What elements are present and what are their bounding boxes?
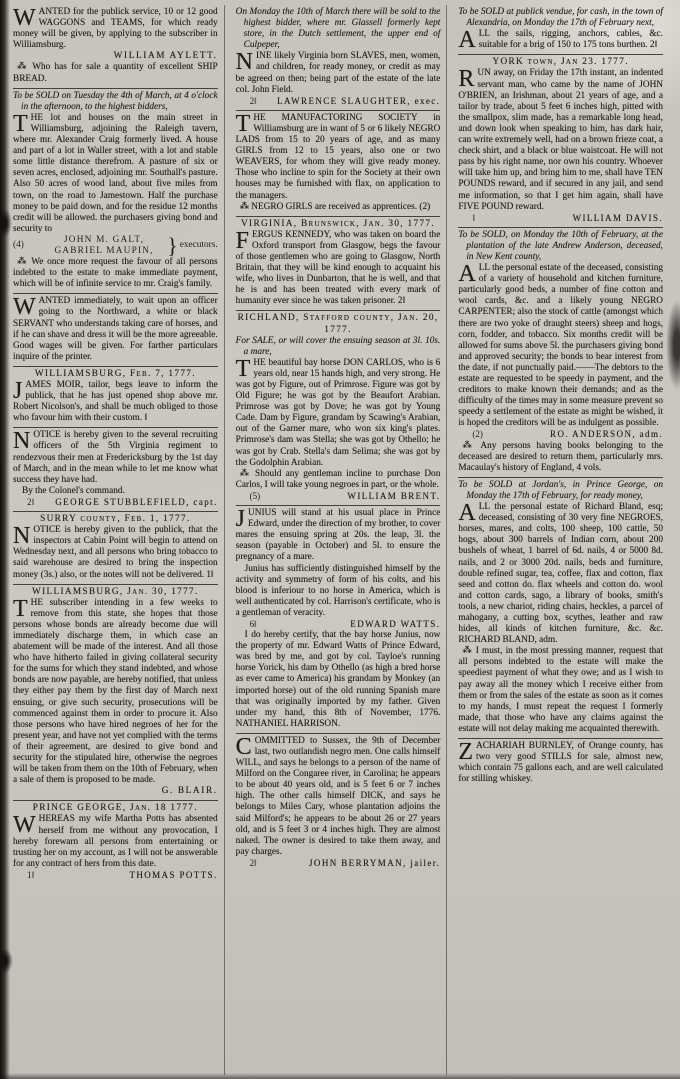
ad-signature-row: 6‖EDWARD WATTS. xyxy=(236,619,441,630)
drop-cap: W xyxy=(13,296,39,317)
drop-cap: A xyxy=(458,29,478,50)
ad-intro: To be SOLD, on Monday the 10th of Februa… xyxy=(458,230,663,263)
ad-note: ⁂ We once more request the favour of all… xyxy=(13,257,218,290)
ad-body-text: HEREAS my wife Martha Potts has absented… xyxy=(13,814,218,868)
ad-body: THE subscriber intending in a few weeks … xyxy=(13,598,218,787)
ad-intro: For SALE, or will cover the ensuing seas… xyxy=(236,336,441,358)
ad-section: RICHLAND, Stafford county, Jan. 20, 1777… xyxy=(236,311,441,506)
executor-name: JOHN M. GALT, xyxy=(43,235,165,246)
scan-bottom-shadow xyxy=(0,1073,680,1079)
ad-signature: G. BLAIR. xyxy=(13,786,218,797)
executor-name: GABRIEL MAUPIN, xyxy=(43,246,165,257)
printer-mark: 2‖ xyxy=(236,858,257,869)
ad-signature: RO. ANDERSON, adm. xyxy=(550,429,663,440)
ad-body: WANTED for the publick service, 10 or 12… xyxy=(13,7,218,51)
printer-mark: 2‖ xyxy=(236,96,257,107)
ad-section: PRINCE GEORGE, Jan. 18 1777.WHEREAS my w… xyxy=(13,801,218,884)
drop-cap: J xyxy=(13,380,25,401)
ad-body-text: ACHARIAH BURNLEY, of Orange county, has … xyxy=(458,741,663,784)
ink-blot xyxy=(0,208,12,238)
ad-body-text: ANTED immediately, to wait upon an offic… xyxy=(13,296,218,361)
ad-body: NOTICE is hereby given to the publick, t… xyxy=(13,525,218,580)
column-right: To be SOLD at publick vendue, for cash, … xyxy=(446,5,669,1075)
ad-dateline: YORK town, Jan 23. 1777. xyxy=(458,57,663,68)
printer-mark: 2‖ xyxy=(13,497,34,508)
ad-body: THE MANUFACTORING SOCIETY in Williamsbur… xyxy=(236,113,441,202)
ad-section: ZACHARIAH BURNLEY, of Orange county, has… xyxy=(458,739,663,788)
ad-body-text: ERGUS KENNEDY, who was taken on board th… xyxy=(236,230,441,307)
ad-signature-row: (2)RO. ANDERSON, adm. xyxy=(458,429,663,440)
ad-body-text: OTICE is hereby given to the several rec… xyxy=(13,430,218,484)
ad-intro: To be SOLD on Tuesday the 4th of March, … xyxy=(13,91,218,113)
ad-body-text: UNIUS will stand at his usual place in P… xyxy=(236,508,441,562)
drop-cap: R xyxy=(458,68,477,89)
ad-intro: To be SOLD at Jordan's, in Prince George… xyxy=(458,480,663,502)
printer-mark: (5) xyxy=(236,491,261,502)
column-left: WANTED for the publick service, 10 or 12… xyxy=(13,5,224,1075)
ad-section: SURRY county, Feb. 1, 1777.NOTICE is her… xyxy=(13,512,218,585)
ad-body: RUN away, on Friday the 17th instant, an… xyxy=(458,68,663,212)
ad-paragraph: I do hereby certify, that the bay horse … xyxy=(236,630,441,730)
ad-body: ALL the personal estate of Richard Bland… xyxy=(458,502,663,646)
drop-cap: A xyxy=(458,263,478,284)
ad-body-text: ANTED for the publick service, 10 or 12 … xyxy=(13,7,218,50)
ad-signature: WILLIAM BRENT. xyxy=(347,491,440,502)
ad-section: WILLIAMSBURG, Feb. 7, 1777.JAMES MOIR, t… xyxy=(13,367,218,428)
ad-signature-row: ‖WILLIAM DAVIS. xyxy=(458,213,663,224)
printer-mark: ‖ xyxy=(458,213,475,224)
ad-body-text: HE beautiful bay horse DON CARLOS, who i… xyxy=(236,358,441,468)
printer-mark: 6‖ xyxy=(236,619,257,630)
ad-section: VIRGINIA, Brunswick, Jan. 30, 1777.FERGU… xyxy=(236,217,441,312)
ad-dateline: RICHLAND, Stafford county, Jan. 20, 1777… xyxy=(236,313,441,335)
ad-body-text: HE subscriber intending in a few weeks t… xyxy=(13,598,218,786)
ad-signature: WILLIAM DAVIS. xyxy=(573,213,663,224)
ad-section: JUNIUS will stand at his usual place in … xyxy=(236,506,441,734)
ad-signature-row: 2‖JOHN BERRYMAN, jailer. xyxy=(236,858,441,869)
drop-cap: N xyxy=(236,51,256,72)
ad-body: NOTICE is hereby given to the several re… xyxy=(13,430,218,485)
ad-body: WHEREAS my wife Martha Potts has absente… xyxy=(13,814,218,869)
ad-body: WANTED immediately, to wait upon an offi… xyxy=(13,296,218,363)
ad-body-text: INE likely Virginia born SLAVES, men, wo… xyxy=(236,51,441,94)
ad-dateline: SURRY county, Feb. 1, 1777. xyxy=(13,514,218,525)
ad-section: COMMITTED to Sussex, the 9th of December… xyxy=(236,734,441,872)
drop-cap: W xyxy=(13,7,39,28)
ad-dateline: WILLIAMSBURG, Feb. 7, 1777. xyxy=(13,369,218,380)
ad-section: WANTED for the publick service, 10 or 12… xyxy=(13,5,218,89)
ad-body: ALL the personal estate of the deceased,… xyxy=(458,263,663,429)
ad-body-text: LL the sails, rigging, anchors, cables, … xyxy=(479,29,663,50)
drop-cap: T xyxy=(236,113,254,134)
ad-note: ⁂ Who has for sale a quantity of excelle… xyxy=(13,62,218,84)
ad-section: To be SOLD, on Monday the 10th of Februa… xyxy=(458,228,663,478)
ad-signature: WILLIAM AYLETT. xyxy=(13,51,218,62)
drop-cap: W xyxy=(13,814,39,835)
ad-body: ALL the sails, rigging, anchors, cables,… xyxy=(458,29,663,51)
executors-label: executors. xyxy=(180,240,218,251)
ad-body-text: OTICE is hereby given to the publick, th… xyxy=(13,525,218,579)
ad-body-text: HE lot and houses on the main street in … xyxy=(13,113,218,234)
ad-signature: LAWRENCE SLAUGHTER, exec. xyxy=(277,96,440,107)
printer-mark: (2) xyxy=(458,429,483,440)
drop-cap: F xyxy=(236,230,252,251)
ad-signature-row: 1‖THOMAS POTTS. xyxy=(13,870,218,881)
ad-dateline: PRINCE GEORGE, Jan. 18 1777. xyxy=(13,803,218,814)
printer-mark: (4) xyxy=(13,240,43,251)
scan-edge-shadow xyxy=(0,0,10,1079)
ad-signature: GEORGE STUBBLEFIELD, capt. xyxy=(55,497,217,508)
ad-body-text: HE MANUFACTORING SOCIETY in Williamsburg… xyxy=(236,113,441,201)
ad-paragraph: Junius has sufficiently distinguished hi… xyxy=(236,564,441,619)
printer-mark: 1‖ xyxy=(13,870,34,881)
column-middle: On Monday the 10th of March there will b… xyxy=(224,5,447,1075)
drop-cap: T xyxy=(13,598,31,619)
ad-section: THE MANUFACTORING SOCIETY in Williamsbur… xyxy=(236,111,441,217)
ink-blot xyxy=(0,948,13,974)
ad-signature: THOMAS POTTS. xyxy=(129,870,217,881)
ad-note: ⁂ Should any gentleman incline to purcha… xyxy=(236,469,441,491)
ad-signature: JOHN BERRYMAN, jailer. xyxy=(309,858,440,869)
drop-cap: Z xyxy=(458,741,476,762)
ad-section: On Monday the 10th of March there will b… xyxy=(236,5,441,111)
drop-cap: C xyxy=(236,736,255,757)
drop-cap: T xyxy=(236,358,254,379)
ad-section: To be SOLD on Tuesday the 4th of March, … xyxy=(13,89,218,295)
columns-container: WANTED for the publick service, 10 or 12… xyxy=(13,5,669,1075)
ad-body: FERGUS KENNEDY, who was taken on board t… xyxy=(236,230,441,308)
ad-section: To be SOLD at Jordan's, in Prince George… xyxy=(458,478,663,739)
drop-cap: J xyxy=(236,508,248,529)
executors-block: (4)JOHN M. GALT,GABRIEL MAUPIN,}executor… xyxy=(13,235,218,257)
ad-note: ⁂ I must, in the most pressing manner, r… xyxy=(458,646,663,735)
ad-signature: EDWARD WATTS. xyxy=(350,619,440,630)
ad-signature-row: (5)WILLIAM BRENT. xyxy=(236,491,441,502)
ad-body: JUNIUS will stand at his usual place in … xyxy=(236,508,441,563)
ad-body-text: LL the personal estate of Richard Bland,… xyxy=(458,502,663,645)
ad-body-text: UN away, on Friday the 17th instant, an … xyxy=(458,68,663,211)
ad-dateline: WILLIAMSBURG, Jan. 30, 1777. xyxy=(13,587,218,598)
drop-cap: A xyxy=(458,502,478,523)
ad-body: JAMES MOIR, tailor, begs leave to inform… xyxy=(13,380,218,424)
drop-cap: T xyxy=(13,113,31,134)
ad-intro: To be SOLD at publick vendue, for cash, … xyxy=(458,7,663,29)
ad-body: COMMITTED to Sussex, the 9th of December… xyxy=(236,736,441,858)
drop-cap: N xyxy=(13,430,33,451)
ad-paragraph: By the Colonel's command. xyxy=(13,486,218,497)
ad-body: THE lot and houses on the main street in… xyxy=(13,113,218,235)
ad-body-text: AMES MOIR, tailor, begs leave to inform … xyxy=(13,380,218,423)
ad-signature-row: 2‖GEORGE STUBBLEFIELD, capt. xyxy=(13,497,218,508)
ad-body: NINE likely Virginia born SLAVES, men, w… xyxy=(236,51,441,95)
executor-names: JOHN M. GALT,GABRIEL MAUPIN, xyxy=(43,235,165,257)
ad-intro: On Monday the 10th of March there will b… xyxy=(236,7,441,51)
ad-note: ⁂ Any persons having books belonging to … xyxy=(458,441,663,474)
ad-section: WILLIAMSBURG, Jan. 30, 1777.THE subscrib… xyxy=(13,585,218,802)
drop-cap: N xyxy=(13,525,33,546)
ad-body: ZACHARIAH BURNLEY, of Orange county, has… xyxy=(458,741,663,785)
ad-body: THE beautiful bay horse DON CARLOS, who … xyxy=(236,358,441,469)
ad-section: To be SOLD at publick vendue, for cash, … xyxy=(458,5,663,55)
ad-section: WANTED immediately, to wait upon an offi… xyxy=(13,294,218,367)
ad-section: NOTICE is hereby given to the several re… xyxy=(13,428,218,512)
ad-body-text: LL the personal estate of the deceased, … xyxy=(458,263,663,428)
ad-note: ⁂ NEGRO GIRLS are received as apprentice… xyxy=(236,202,441,213)
ad-body-text: OMMITTED to Sussex, the 9th of December … xyxy=(236,736,441,857)
brace-glyph: } xyxy=(165,240,180,251)
ad-signature-row: 2‖LAWRENCE SLAUGHTER, exec. xyxy=(236,96,441,107)
ad-section: YORK town, Jan 23. 1777.RUN away, on Fri… xyxy=(458,55,663,227)
ad-dateline: VIRGINIA, Brunswick, Jan. 30, 1777. xyxy=(236,219,441,230)
newspaper-page: WANTED for the publick service, 10 or 12… xyxy=(0,0,680,1079)
